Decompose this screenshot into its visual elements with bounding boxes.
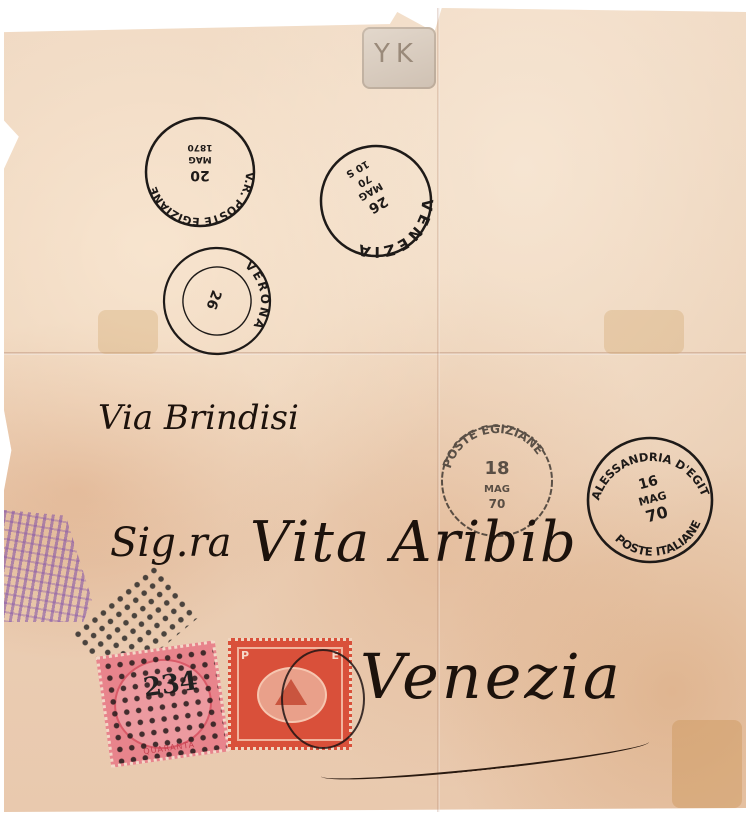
svg-text:70: 70	[489, 497, 506, 511]
seal-initials: YK	[374, 39, 419, 69]
stamp-egypt: P E	[228, 638, 352, 750]
svg-text:16: 16	[637, 473, 660, 493]
stain	[604, 310, 684, 354]
stain	[98, 310, 158, 354]
svg-text:1870: 1870	[187, 142, 212, 152]
postmark-vr-poste-egiziane: V.R. POSTE EGIZIANE 20 MAG 1870	[140, 115, 260, 234]
svg-text:18: 18	[484, 458, 509, 479]
stamp-italy-40c: 234 QUARANTA	[96, 640, 230, 768]
stain	[672, 720, 742, 808]
svg-text:POSTE ITALIANE: POSTE ITALIANE	[612, 518, 703, 559]
wax-seal: YK	[362, 27, 436, 89]
addressee-title: Sig.ra	[110, 520, 231, 566]
svg-text:VERONA: VERONA	[224, 256, 287, 334]
postmark-venezia: VENEZIA 26 MAG 70 10 S	[314, 143, 438, 263]
addressee-name: Vita Aribib	[250, 510, 578, 575]
svg-text:MAG: MAG	[484, 484, 510, 495]
postmark-verona-udine: VERONA 26	[155, 245, 279, 361]
svg-text:20: 20	[190, 167, 210, 183]
postmark-alessandria-poste-italiane: ALESSANDRIA D'EGITTO POSTE ITALIANE 16 M…	[580, 435, 720, 569]
svg-text:26: 26	[202, 288, 224, 312]
route-note: Via Brindisi	[98, 398, 299, 438]
stamp-corner-left: P	[241, 649, 249, 662]
destination-city: Venezia	[360, 640, 623, 713]
circular-cancel	[281, 649, 365, 749]
svg-text:MAG: MAG	[188, 154, 211, 164]
